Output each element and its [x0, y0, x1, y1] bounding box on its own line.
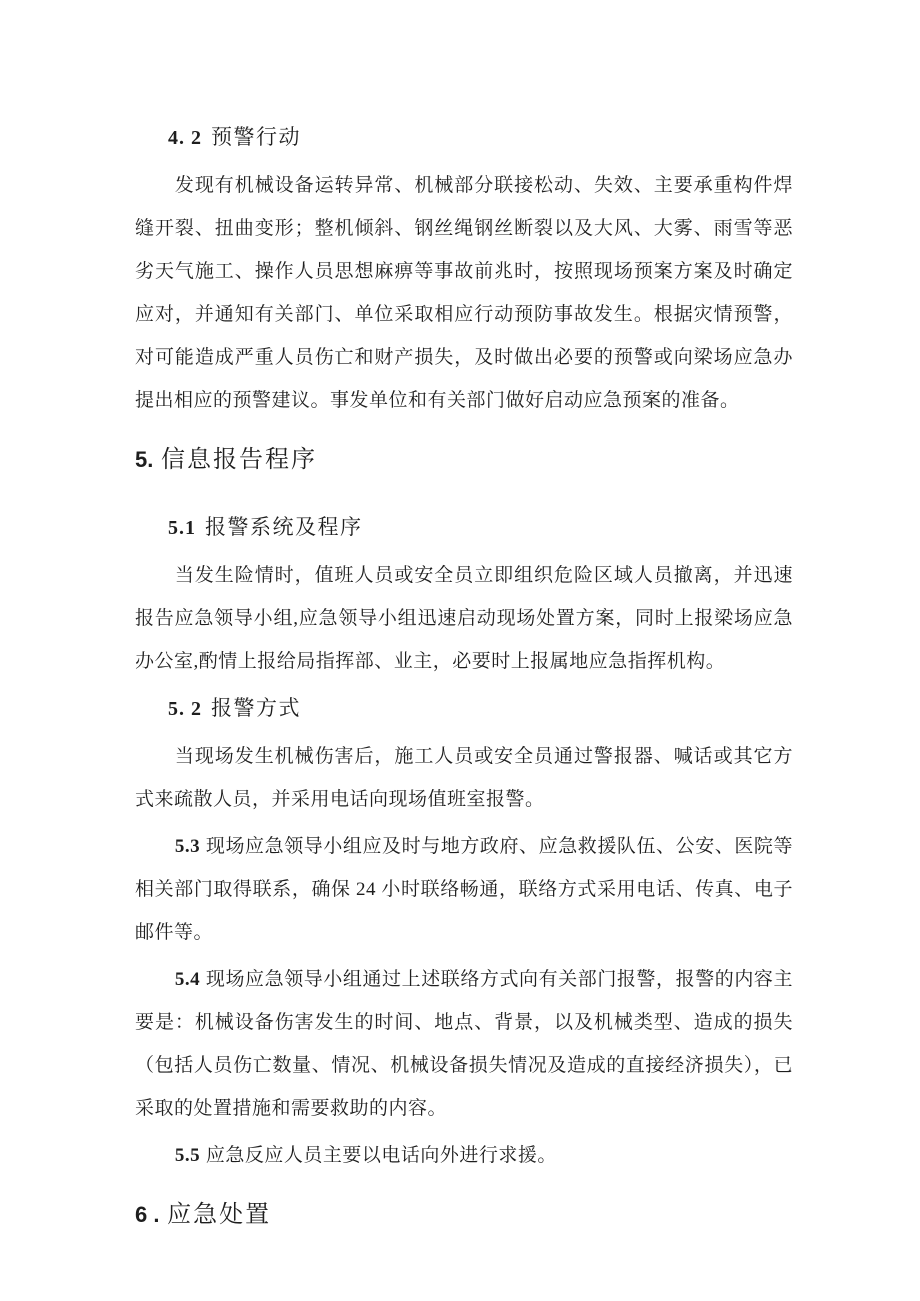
heading-5-2-number: 5. 2 [168, 698, 202, 720]
heading-5-number: 5. [135, 447, 153, 472]
paragraph-5-5-text: 应急反应人员主要以电话向外进行求援。 [206, 1145, 557, 1166]
paragraph-5-3-contact: 5.3现场应急领导小组应及时与地方政府、应急救援队伍、公安、医院等相关部门取得联… [135, 825, 793, 954]
heading-5-1-number: 5.1 [168, 517, 196, 539]
heading-4-2-number: 4. 2 [168, 127, 202, 149]
heading-6-text: 应急处置 [167, 1202, 271, 1228]
heading-4-2-warning-action: 4. 2预警行动 [135, 116, 793, 160]
paragraph-warning-action-body: 发现有机械设备运转异常、机械部分联接松动、失效、主要承重构件焊缝开裂、扭曲变形；… [135, 164, 793, 422]
paragraph-5-5-number: 5.5 [175, 1145, 200, 1166]
paragraph-alarm-system-body: 当发生险情时，值班人员或安全员立即组织危险区域人员撤离，并迅速报告应急领导小组,… [135, 554, 793, 683]
heading-5-1-alarm-system: 5.1报警系统及程序 [135, 506, 793, 550]
heading-5-2-alarm-method: 5. 2报警方式 [135, 687, 793, 731]
heading-6-emergency-handling: 6 .应急处置 [135, 1191, 793, 1239]
heading-5-info-report-procedure: 5.信息报告程序 [135, 436, 793, 484]
paragraph-5-4-report-content: 5.4现场应急领导小组通过上述联络方式向有关部门报警，报警的内容主要是：机械设备… [135, 958, 793, 1130]
heading-5-1-text: 报警系统及程序 [205, 515, 363, 539]
paragraph-5-5-phone-rescue: 5.5应急反应人员主要以电话向外进行求援。 [135, 1134, 793, 1177]
paragraph-5-3-text: 现场应急领导小组应及时与地方政府、应急救援队伍、公安、医院等相关部门取得联系，确… [135, 836, 793, 943]
paragraph-alarm-method-body: 当现场发生机械伤害后，施工人员或安全员通过警报器、喊话或其它方式来疏散人员，并采… [135, 735, 793, 821]
heading-5-2-text: 报警方式 [211, 696, 301, 720]
paragraph-5-4-text: 现场应急领导小组通过上述联络方式向有关部门报警，报警的内容主要是：机械设备伤害发… [135, 969, 793, 1119]
heading-4-2-text: 预警行动 [211, 125, 301, 149]
heading-6-number: 6 . [135, 1202, 159, 1227]
paragraph-5-4-number: 5.4 [175, 969, 200, 990]
heading-5-text: 信息报告程序 [161, 447, 317, 473]
document-page: 4. 2预警行动 发现有机械设备运转异常、机械部分联接松动、失效、主要承重构件焊… [0, 0, 920, 1301]
paragraph-5-3-number: 5.3 [175, 836, 200, 857]
